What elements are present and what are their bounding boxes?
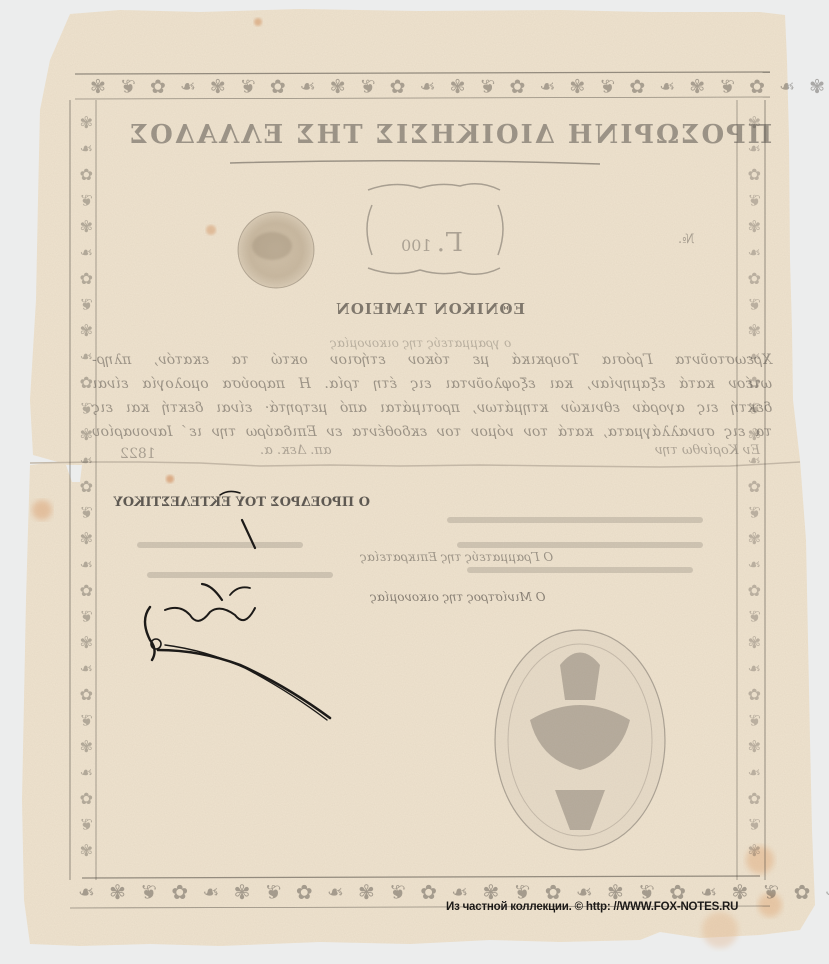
date-place: Εν Κορίνθω την bbox=[655, 443, 760, 458]
serial-number-label: №. bbox=[678, 232, 694, 247]
body-text-line: δεκτή εις αγοράν εθνικών κτημάτων, προτι… bbox=[92, 400, 772, 416]
ornament-band-left: ✾ ❧ ✿ ❦ ✾ ❧ ✿ ❦ ✾ ❧ ✿ ❦ ✾ ❧ ✿ ❦ ✾ ❧ ✿ ❦ … bbox=[73, 110, 93, 864]
collection-watermark: Из частной коллекции. © http: //WWW.FOX-… bbox=[446, 901, 738, 913]
signatory-secretary-general: Ο Γραμματεύς της Επικρατείας bbox=[360, 550, 553, 564]
body-text-line: τα εις συναλλάγματα, κατά τον νόμον τον … bbox=[92, 424, 772, 440]
cartouche-amount: Γ. 100 bbox=[372, 228, 492, 258]
date-day: απ. Δεκ. α. bbox=[260, 443, 332, 458]
cartouche-prefix: Γ. bbox=[437, 228, 463, 258]
document-title: ΠΡΟΣΩΡΙΝΗ ΔΙΟΙΚΗΣΙΣ ΤΗΣ ΕΛΛΑΔΟΣ bbox=[110, 120, 790, 150]
document-subtitle: ΕΘΝΙΚΟΝ ΤΑΜΕΙΟΝ bbox=[280, 300, 580, 318]
faint-caption: ο γραμματεύς της οικονομίας bbox=[330, 336, 511, 350]
ornament-band-right: ✾ ❧ ✿ ❦ ✾ ❧ ✿ ❦ ✾ ❧ ✿ ❦ ✾ ❧ ✿ ❦ ✾ ❧ ✿ ❦ … bbox=[741, 110, 761, 864]
body-text-line: ωτέον κατά εξαμηνίαν, και εξοφλοῦνται ει… bbox=[92, 376, 772, 392]
body-text-line: Χρεωστοῦντα Γρόσια Τουρκικά με τόκον ετή… bbox=[92, 352, 772, 368]
signatory-president: Ο ΠΡΟΕΔΡΟΣ ΤΟΥ ΕΚΤΕΛΕΣΤΙΚΟΥ bbox=[200, 495, 370, 510]
banknote-paper: ❦ ✾ ❧ ✿ ❦ ✾ ❧ ✿ ❦ ✾ ❧ ✿ ❦ ✾ ❧ ✿ ❦ ✾ ❧ ✿ … bbox=[0, 0, 829, 964]
date-line: Εν Κορίνθω την απ. Δεκ. α. bbox=[260, 443, 760, 458]
signatory-finance-minister: Ο Μινίστρος της οικονομίας bbox=[370, 590, 546, 604]
ornament-band-top: ❦ ✾ ❧ ✿ ❦ ✾ ❧ ✿ ❦ ✾ ❧ ✿ ❦ ✾ ❧ ✿ ❦ ✾ ❧ ✿ … bbox=[86, 76, 829, 98]
issue-year: 1822 bbox=[120, 446, 156, 462]
cartouche-value: 100 bbox=[401, 236, 432, 255]
